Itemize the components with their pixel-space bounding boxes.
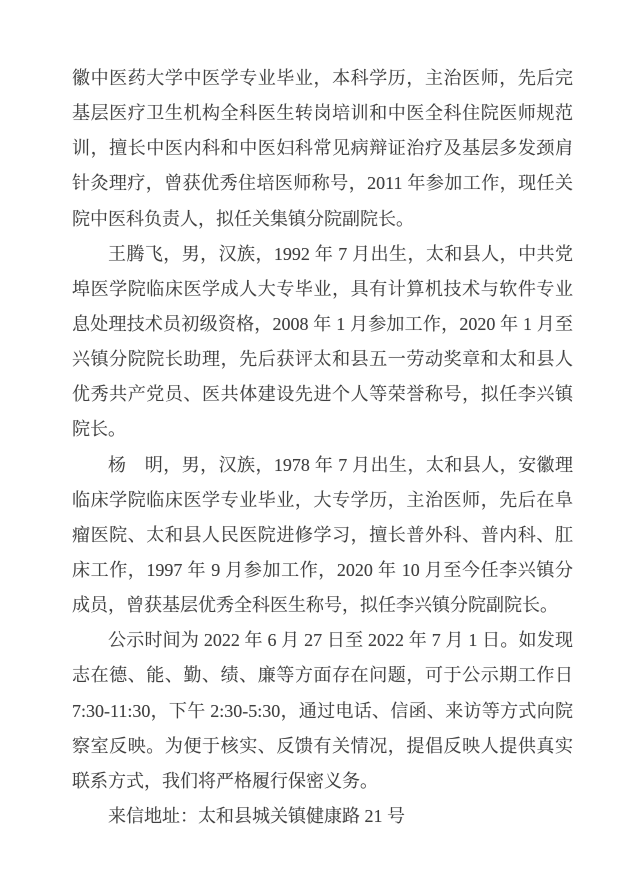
text-line: 兴镇分院院长助理，先后获评太和县五一劳动奖章和太和县人民医院 bbox=[72, 342, 573, 377]
paragraph-publicity-period: 公示时间为 2022 年 6 月 27 日至 2022 年 7 月 1 日。如发… bbox=[72, 623, 573, 799]
text-line: 公示时间为 2022 年 6 月 27 日至 2022 年 7 月 1 日。如发… bbox=[72, 623, 573, 658]
text-line: 优秀共产党员、医共体建设先进个人等荣誉称号，拟任李兴镇分院副 bbox=[72, 377, 573, 412]
text-line: 院长。 bbox=[72, 412, 573, 447]
paragraph-continuation: 徽中医药大学中医学专业毕业，本科学历，主治医师，先后完成全省 基层医疗卫生机构全… bbox=[72, 61, 573, 237]
text-line: 基层医疗卫生机构全科医生转岗培训和中医全科住院医师规范化培 bbox=[72, 96, 573, 131]
text-line: 7:30-11:30，下午 2:30-5:30，通过电话、信函、来访等方式向院监 bbox=[72, 694, 573, 729]
text-line: 瘤医院、太和县人民医院进修学习，擅长普外科、普内科、肛肠科临 bbox=[72, 518, 573, 553]
document-body: 徽中医药大学中医学专业毕业，本科学历，主治医师，先后完成全省 基层医疗卫生机构全… bbox=[72, 61, 573, 834]
text-line: 床工作，1997 年 9 月参加工作，2020 年 10 月至今任李兴镇分院班子 bbox=[72, 553, 573, 588]
text-line: 杨 明，男，汉族，1978 年 7 月出生，太和县人，安徽理工大学 bbox=[72, 448, 573, 483]
text-line: 志在德、能、勤、绩、廉等方面存在问题，可于公示期工作日上午 bbox=[72, 658, 573, 693]
text-line: 临床学院临床医学专业毕业，大专学历，主治医师，先后在阜阳市肿 bbox=[72, 483, 573, 518]
text-line: 息处理技术员初级资格，2008 年 1 月参加工作，2020 年 1 月至今任李 bbox=[72, 307, 573, 342]
paragraph-bio-wangtengfei: 王腾飞，男，汉族，1992 年 7 月出生，太和县人，中共党员，蚌 埠医学院临床… bbox=[72, 237, 573, 448]
text-line: 察室反映。为便于核实、反馈有关情况，提倡反映人提供真实姓名和 bbox=[72, 729, 573, 764]
text-line: 王腾飞，男，汉族，1992 年 7 月出生，太和县人，中共党员，蚌 bbox=[72, 237, 573, 272]
text-line: 成员，曾获基层优秀全科医生称号，拟任李兴镇分院副院长。 bbox=[72, 588, 573, 623]
text-line: 联系方式，我们将严格履行保密义务。 bbox=[72, 764, 573, 799]
text-line: 徽中医药大学中医学专业毕业，本科学历，主治医师，先后完成全省 bbox=[72, 61, 573, 96]
paragraph-bio-yangming: 杨 明，男，汉族，1978 年 7 月出生，太和县人，安徽理工大学 临床学院临床… bbox=[72, 448, 573, 624]
text-line: 院中医科负责人，拟任关集镇分院副院长。 bbox=[72, 202, 573, 237]
text-line: 针灸理疗，曾获优秀住培医师称号，2011 年参加工作，现任关集镇分 bbox=[72, 166, 573, 201]
paragraph-mailing-address: 来信地址：太和县城关镇健康路 21 号 bbox=[72, 799, 573, 834]
text-line: 训，擅长中医内科和中医妇科常见病辩证治疗及基层多发颈肩腰腿痛 bbox=[72, 131, 573, 166]
text-line: 埠医学院临床医学成人大专毕业，具有计算机技术与软件专业技术信 bbox=[72, 272, 573, 307]
document-page: 徽中医药大学中医学专业毕业，本科学历，主治医师，先后完成全省 基层医疗卫生机构全… bbox=[0, 0, 632, 883]
text-line: 来信地址：太和县城关镇健康路 21 号 bbox=[72, 799, 573, 834]
